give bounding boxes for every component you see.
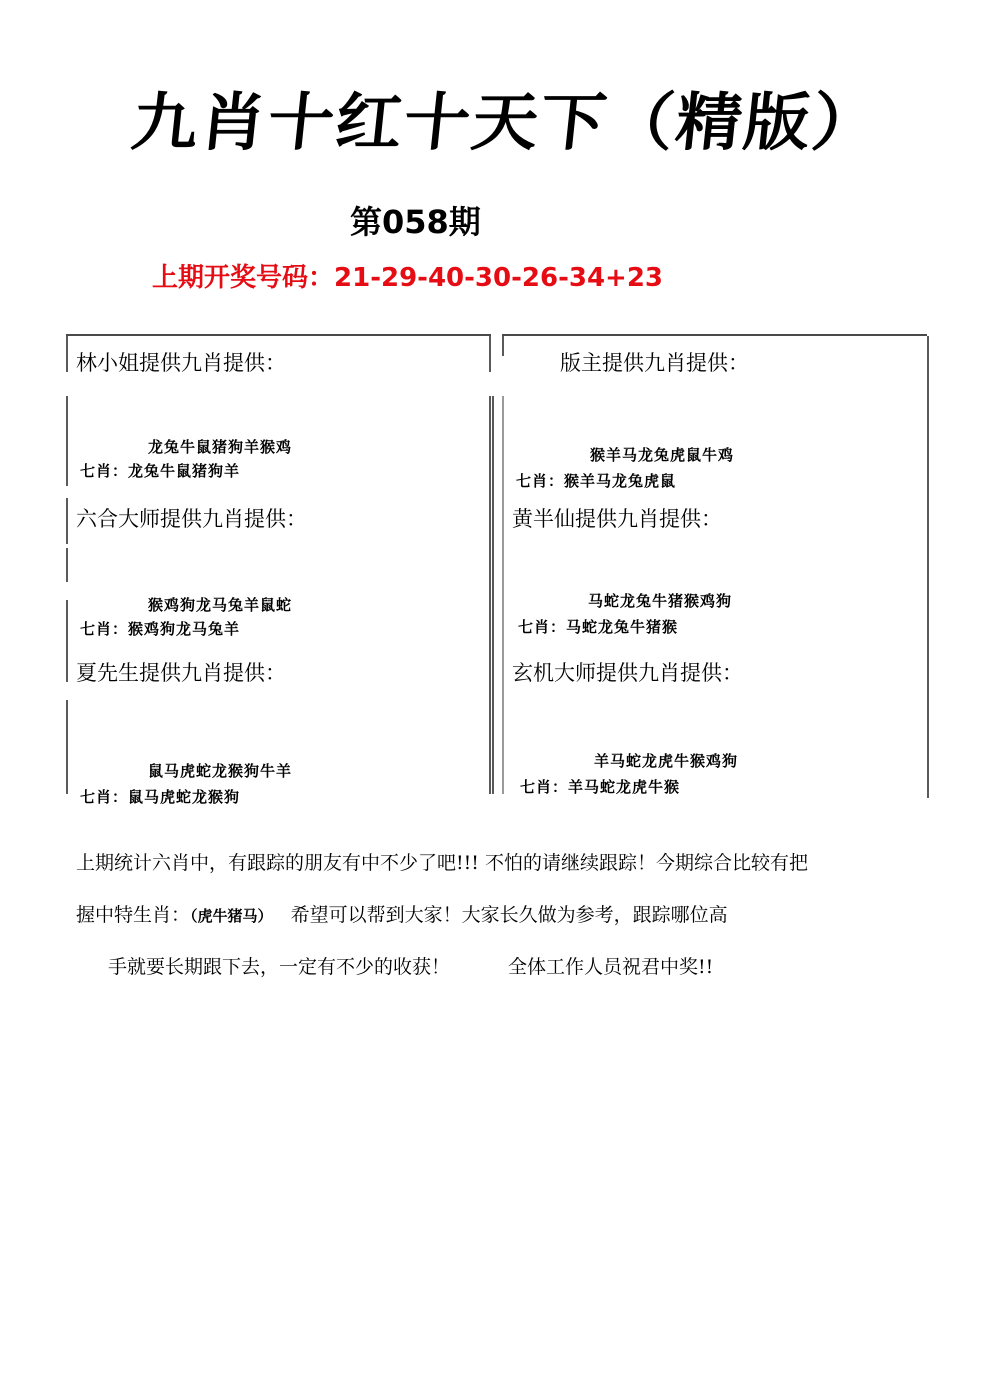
provider-title: 夏先生提供九肖提供： xyxy=(76,658,286,688)
nine-zodiac-list: 鼠马虎蛇龙猴狗牛羊 xyxy=(148,760,292,782)
summary-line-3: 手就要长期跟下去，一定有不少的收获！全体工作人员祝君中奖!! xyxy=(108,952,713,982)
seven-label: 七肖： xyxy=(80,620,128,638)
issue-number: 第058期 xyxy=(350,200,481,244)
seven-zodiac-list: 龙兔牛鼠猪狗羊 xyxy=(128,462,240,480)
provider-title: 六合大师提供九肖提供： xyxy=(76,504,307,534)
page-title: 九肖十红十天下（精版） xyxy=(128,80,827,166)
panel-border xyxy=(66,396,68,486)
panel-border xyxy=(492,396,494,794)
right-prediction-panel: 版主提供九肖提供： 猴羊马龙兔虎鼠牛鸡 七肖：猴羊马龙兔虎鼠 黄半仙提供九肖提供… xyxy=(502,334,927,794)
nine-zodiac-list: 龙兔牛鼠猪狗羊猴鸡 xyxy=(148,436,292,458)
panel-border xyxy=(502,396,504,794)
panel-border xyxy=(66,548,68,582)
panel-border xyxy=(66,700,68,794)
provider-title: 黄半仙提供九肖提供： xyxy=(512,504,722,534)
panel-border xyxy=(502,336,504,356)
panel-border xyxy=(66,336,68,372)
panel-border xyxy=(66,600,68,682)
left-prediction-panel: 林小姐提供九肖提供： 龙兔牛鼠猪狗羊猴鸡 七肖：龙兔牛鼠猪狗羊 六合大师提供九肖… xyxy=(66,334,491,794)
recommended-zodiacs: （虎牛猪马） xyxy=(190,907,273,925)
seven-label: 七肖： xyxy=(518,618,566,636)
seven-zodiac-line: 七肖：猴鸡狗龙马兔羊 xyxy=(80,618,240,640)
seven-zodiac-line: 七肖：鼠马虎蛇龙猴狗 xyxy=(80,786,240,808)
panel-border xyxy=(66,498,68,544)
seven-label: 七肖： xyxy=(80,462,128,480)
last-draw-result: 上期开奖号码：21-29-40-30-26-34+23 xyxy=(152,258,663,298)
seven-zodiac-line: 七肖：羊马蛇龙虎牛猴 xyxy=(520,776,680,798)
last-draw-label: 上期开奖号码： xyxy=(152,263,334,293)
last-draw-numbers: 21-29-40-30-26-34+23 xyxy=(334,263,663,293)
seven-zodiac-line: 七肖：龙兔牛鼠猪狗羊 xyxy=(80,460,240,482)
panel-border xyxy=(489,336,491,372)
recommend-label: 握中特生肖： xyxy=(76,904,190,926)
seven-label: 七肖： xyxy=(520,778,568,796)
nine-zodiac-list: 猴鸡狗龙马兔羊鼠蛇 xyxy=(148,594,292,616)
nine-zodiac-list: 猴羊马龙兔虎鼠牛鸡 xyxy=(590,444,734,466)
seven-zodiac-list: 猴羊马龙兔虎鼠 xyxy=(564,472,676,490)
closing-wish: 全体工作人员祝君中奖!! xyxy=(508,956,713,978)
summary-line-1: 上期统计六肖中，有跟踪的朋友有中不少了吧!!! 不怕的请继续跟踪！今期综合比较有… xyxy=(76,848,808,878)
seven-label: 七肖： xyxy=(516,472,564,490)
provider-title: 林小姐提供九肖提供： xyxy=(76,348,286,378)
seven-zodiac-list: 羊马蛇龙虎牛猴 xyxy=(568,778,680,796)
panel-border xyxy=(927,336,929,798)
nine-zodiac-list: 马蛇龙兔牛猪猴鸡狗 xyxy=(588,590,732,612)
seven-label: 七肖： xyxy=(80,788,128,806)
panel-border xyxy=(489,396,491,794)
seven-zodiac-list: 马蛇龙兔牛猪猴 xyxy=(566,618,678,636)
seven-zodiac-list: 鼠马虎蛇龙猴狗 xyxy=(128,788,240,806)
provider-title: 玄机大师提供九肖提供： xyxy=(512,658,743,688)
advice-text: 手就要长期跟下去，一定有不少的收获！ xyxy=(108,956,450,978)
recommend-text: 希望可以帮到大家！大家长久做为参考，跟踪哪位高 xyxy=(291,904,728,926)
nine-zodiac-list: 羊马蛇龙虎牛猴鸡狗 xyxy=(594,750,738,772)
provider-title: 版主提供九肖提供： xyxy=(560,348,749,378)
seven-zodiac-list: 猴鸡狗龙马兔羊 xyxy=(128,620,240,638)
summary-line-2: 握中特生肖：（虎牛猪马） 希望可以帮到大家！大家长久做为参考，跟踪哪位高 xyxy=(76,900,728,931)
seven-zodiac-line: 七肖：马蛇龙兔牛猪猴 xyxy=(518,616,678,638)
seven-zodiac-line: 七肖：猴羊马龙兔虎鼠 xyxy=(516,470,676,492)
